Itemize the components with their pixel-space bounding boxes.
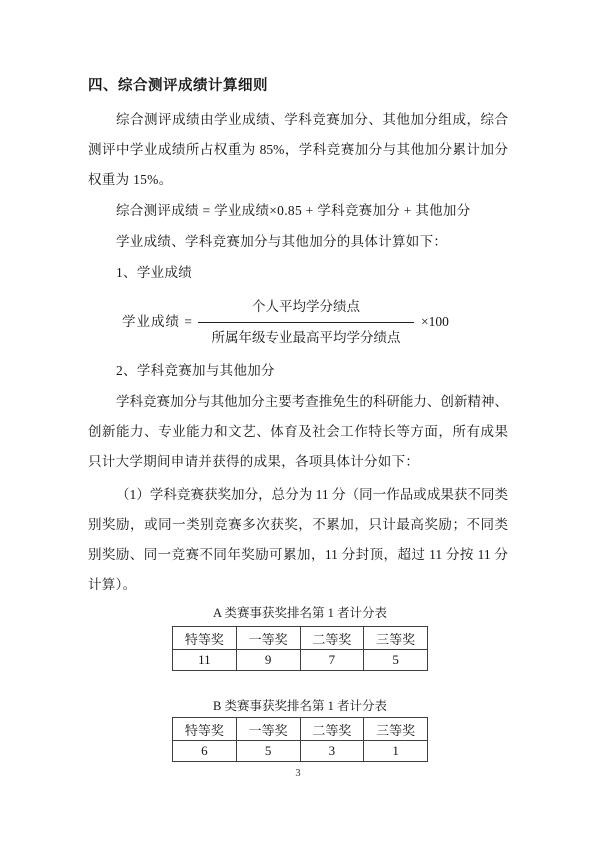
- list-item-1: 1、学业成绩: [116, 263, 508, 283]
- section-title: 四、综合测评成绩计算细则: [88, 76, 508, 96]
- paragraph-2-line-3: 只计大学期间申请并获得的成果，各项具体计分如下：: [88, 452, 508, 472]
- paragraph-3-line-1: （1）学科竞赛获奖加分，总分为 11 分（同一作品或成果获不同类: [116, 485, 508, 505]
- table-a-header-cell: 特等奖: [173, 627, 237, 650]
- table-b-header-cell: 三等奖: [364, 718, 428, 741]
- paragraph-1-line-3: 权重为 15%。: [88, 170, 508, 190]
- fraction-numerator: 个人平均学分绩点: [198, 297, 414, 317]
- table-b-value-cell: 5: [236, 741, 300, 762]
- table-a-header-row: 特等奖 一等奖 二等奖 三等奖: [173, 627, 428, 650]
- table-a-value-cell: 5: [364, 650, 428, 671]
- table-b-caption: B 类赛事获奖排名第 1 者计分表: [172, 697, 428, 715]
- table-a-value-cell: 11: [173, 650, 237, 671]
- table-b: 特等奖 一等奖 二等奖 三等奖 6 5 3 1: [172, 717, 428, 762]
- intro-line: 学业成绩、学科竞赛加分与其他加分的具体计算如下：: [116, 232, 508, 252]
- paragraph-3-line-2: 别奖励，或同一类别竞赛多次获奖，不累加，只计最高奖励；不同类: [88, 515, 508, 535]
- paragraph-3-line-4: 计算）。: [88, 575, 508, 595]
- table-b-value-cell: 3: [300, 741, 364, 762]
- fraction-denominator: 所属年级专业最高平均学分绩点: [188, 328, 424, 348]
- fraction-multiplier: ×100: [421, 312, 449, 332]
- table-a-value-cell: 9: [236, 650, 300, 671]
- document-page: 四、综合测评成绩计算细则 综合测评成绩由学业成绩、学科竞赛加分、其他加分组成，综…: [0, 0, 596, 842]
- table-a: 特等奖 一等奖 二等奖 三等奖 11 9 7 5: [172, 626, 428, 671]
- page-number: 3: [0, 768, 596, 779]
- fraction-bar: [198, 322, 414, 323]
- table-a-header-cell: 二等奖: [300, 627, 364, 650]
- paragraph-1-line-2: 测评中学业成绩所占权重为 85%，学科竞赛加分与其他加分累计加分: [88, 140, 508, 160]
- paragraph-1-line-1: 综合测评成绩由学业成绩、学科竞赛加分、其他加分组成，综合: [116, 110, 508, 130]
- table-a-header-cell: 三等奖: [364, 627, 428, 650]
- table-b-value-cell: 1: [364, 741, 428, 762]
- table-a-header-cell: 一等奖: [236, 627, 300, 650]
- table-b-value-cell: 6: [173, 741, 237, 762]
- paragraph-3-line-3: 别奖励、同一竞赛不同年奖励可累加，11 分封顶，超过 11 分按 11 分: [88, 545, 508, 565]
- table-a-value-row: 11 9 7 5: [173, 650, 428, 671]
- paragraph-2-line-2: 创新能力、专业能力和文艺、体育及社会工作特长等方面，所有成果: [88, 422, 508, 442]
- table-b-value-row: 6 5 3 1: [173, 741, 428, 762]
- formula-overall: 综合测评成绩 = 学业成绩×0.85 + 学科竞赛加分 + 其他加分: [116, 201, 508, 221]
- table-b-header-row: 特等奖 一等奖 二等奖 三等奖: [173, 718, 428, 741]
- table-a-value-cell: 7: [300, 650, 364, 671]
- table-a-caption: A 类赛事获奖排名第 1 者计分表: [172, 604, 428, 622]
- table-b-header-cell: 二等奖: [300, 718, 364, 741]
- fraction-lhs: 学业成绩 =: [122, 312, 193, 332]
- table-b-header-cell: 一等奖: [236, 718, 300, 741]
- table-b-header-cell: 特等奖: [173, 718, 237, 741]
- paragraph-2-line-1: 学科竞赛加分与其他加分主要考查推免生的科研能力、创新精神、: [116, 392, 508, 412]
- list-item-2: 2、学科竞赛加与其他加分: [116, 361, 508, 381]
